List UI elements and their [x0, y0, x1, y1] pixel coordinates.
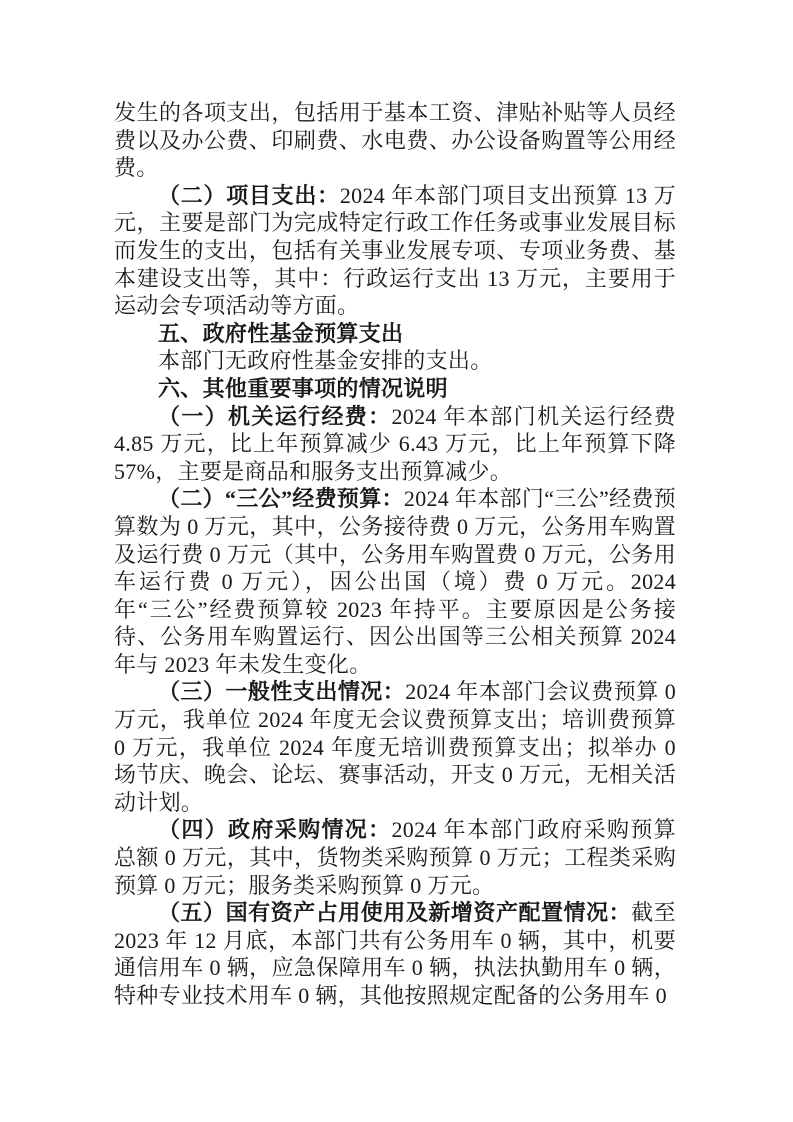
heading-run: （二）项目支出： [158, 183, 340, 208]
heading-run: （三）一般性支出情况： [158, 679, 405, 704]
heading-government-fund-budget: 五、政府性基金预算支出 [114, 320, 676, 348]
para-government-procurement: （四）政府采购情况：2024 年本部门政府采购预算总额 0 万元，其中，货物类采… [114, 816, 676, 899]
heading-run: （四）政府采购情况： [158, 817, 392, 842]
text-run: 2024 年本部门“三公”经费预算数为 0 万元，其中，公务接待费 0 万元，公… [114, 486, 676, 677]
para-no-government-fund: 本部门无政府性基金安排的支出。 [114, 347, 676, 375]
para-agency-operating-expenses: （一）机关运行经费：2024 年本部门机关运行经费 4.85 万元，比上年预算减… [114, 403, 676, 486]
heading-run: 六、其他重要事项的情况说明 [158, 376, 448, 401]
para-state-assets: （五）国有资产占用使用及新增资产配置情况：截至 2023 年 12 月底，本部门… [114, 899, 676, 1009]
heading-run: （一）机关运行经费： [158, 404, 392, 429]
heading-run: （五）国有资产占用使用及新增资产配置情况： [158, 900, 631, 925]
para-basic-expenditure-continued: 发生的各项支出，包括用于基本工资、津贴补贴等人员经费以及办公费、印刷费、水电费、… [114, 99, 676, 182]
text-run: 本部门无政府性基金安排的支出。 [158, 348, 493, 373]
document-page: 发生的各项支出，包括用于基本工资、津贴补贴等人员经费以及办公费、印刷费、水电费、… [0, 0, 793, 1122]
para-project-expenditure: （二）项目支出：2024 年本部门项目支出预算 13 万元，主要是部门为完成特定… [114, 182, 676, 320]
para-three-public-budget: （二）“三公”经费预算：2024 年本部门“三公”经费预算数为 0 万元，其中，… [114, 485, 676, 678]
para-general-expenditure: （三）一般性支出情况：2024 年本部门会议费预算 0 万元，我单位 2024 … [114, 678, 676, 816]
heading-other-important-matters: 六、其他重要事项的情况说明 [114, 375, 676, 403]
text-run: 发生的各项支出，包括用于基本工资、津贴补贴等人员经费以及办公费、印刷费、水电费、… [114, 100, 676, 180]
heading-run: （二）“三公”经费预算： [158, 486, 404, 511]
heading-run: 五、政府性基金预算支出 [158, 321, 403, 346]
document-body: 发生的各项支出，包括用于基本工资、津贴补贴等人员经费以及办公费、印刷费、水电费、… [114, 99, 676, 1010]
